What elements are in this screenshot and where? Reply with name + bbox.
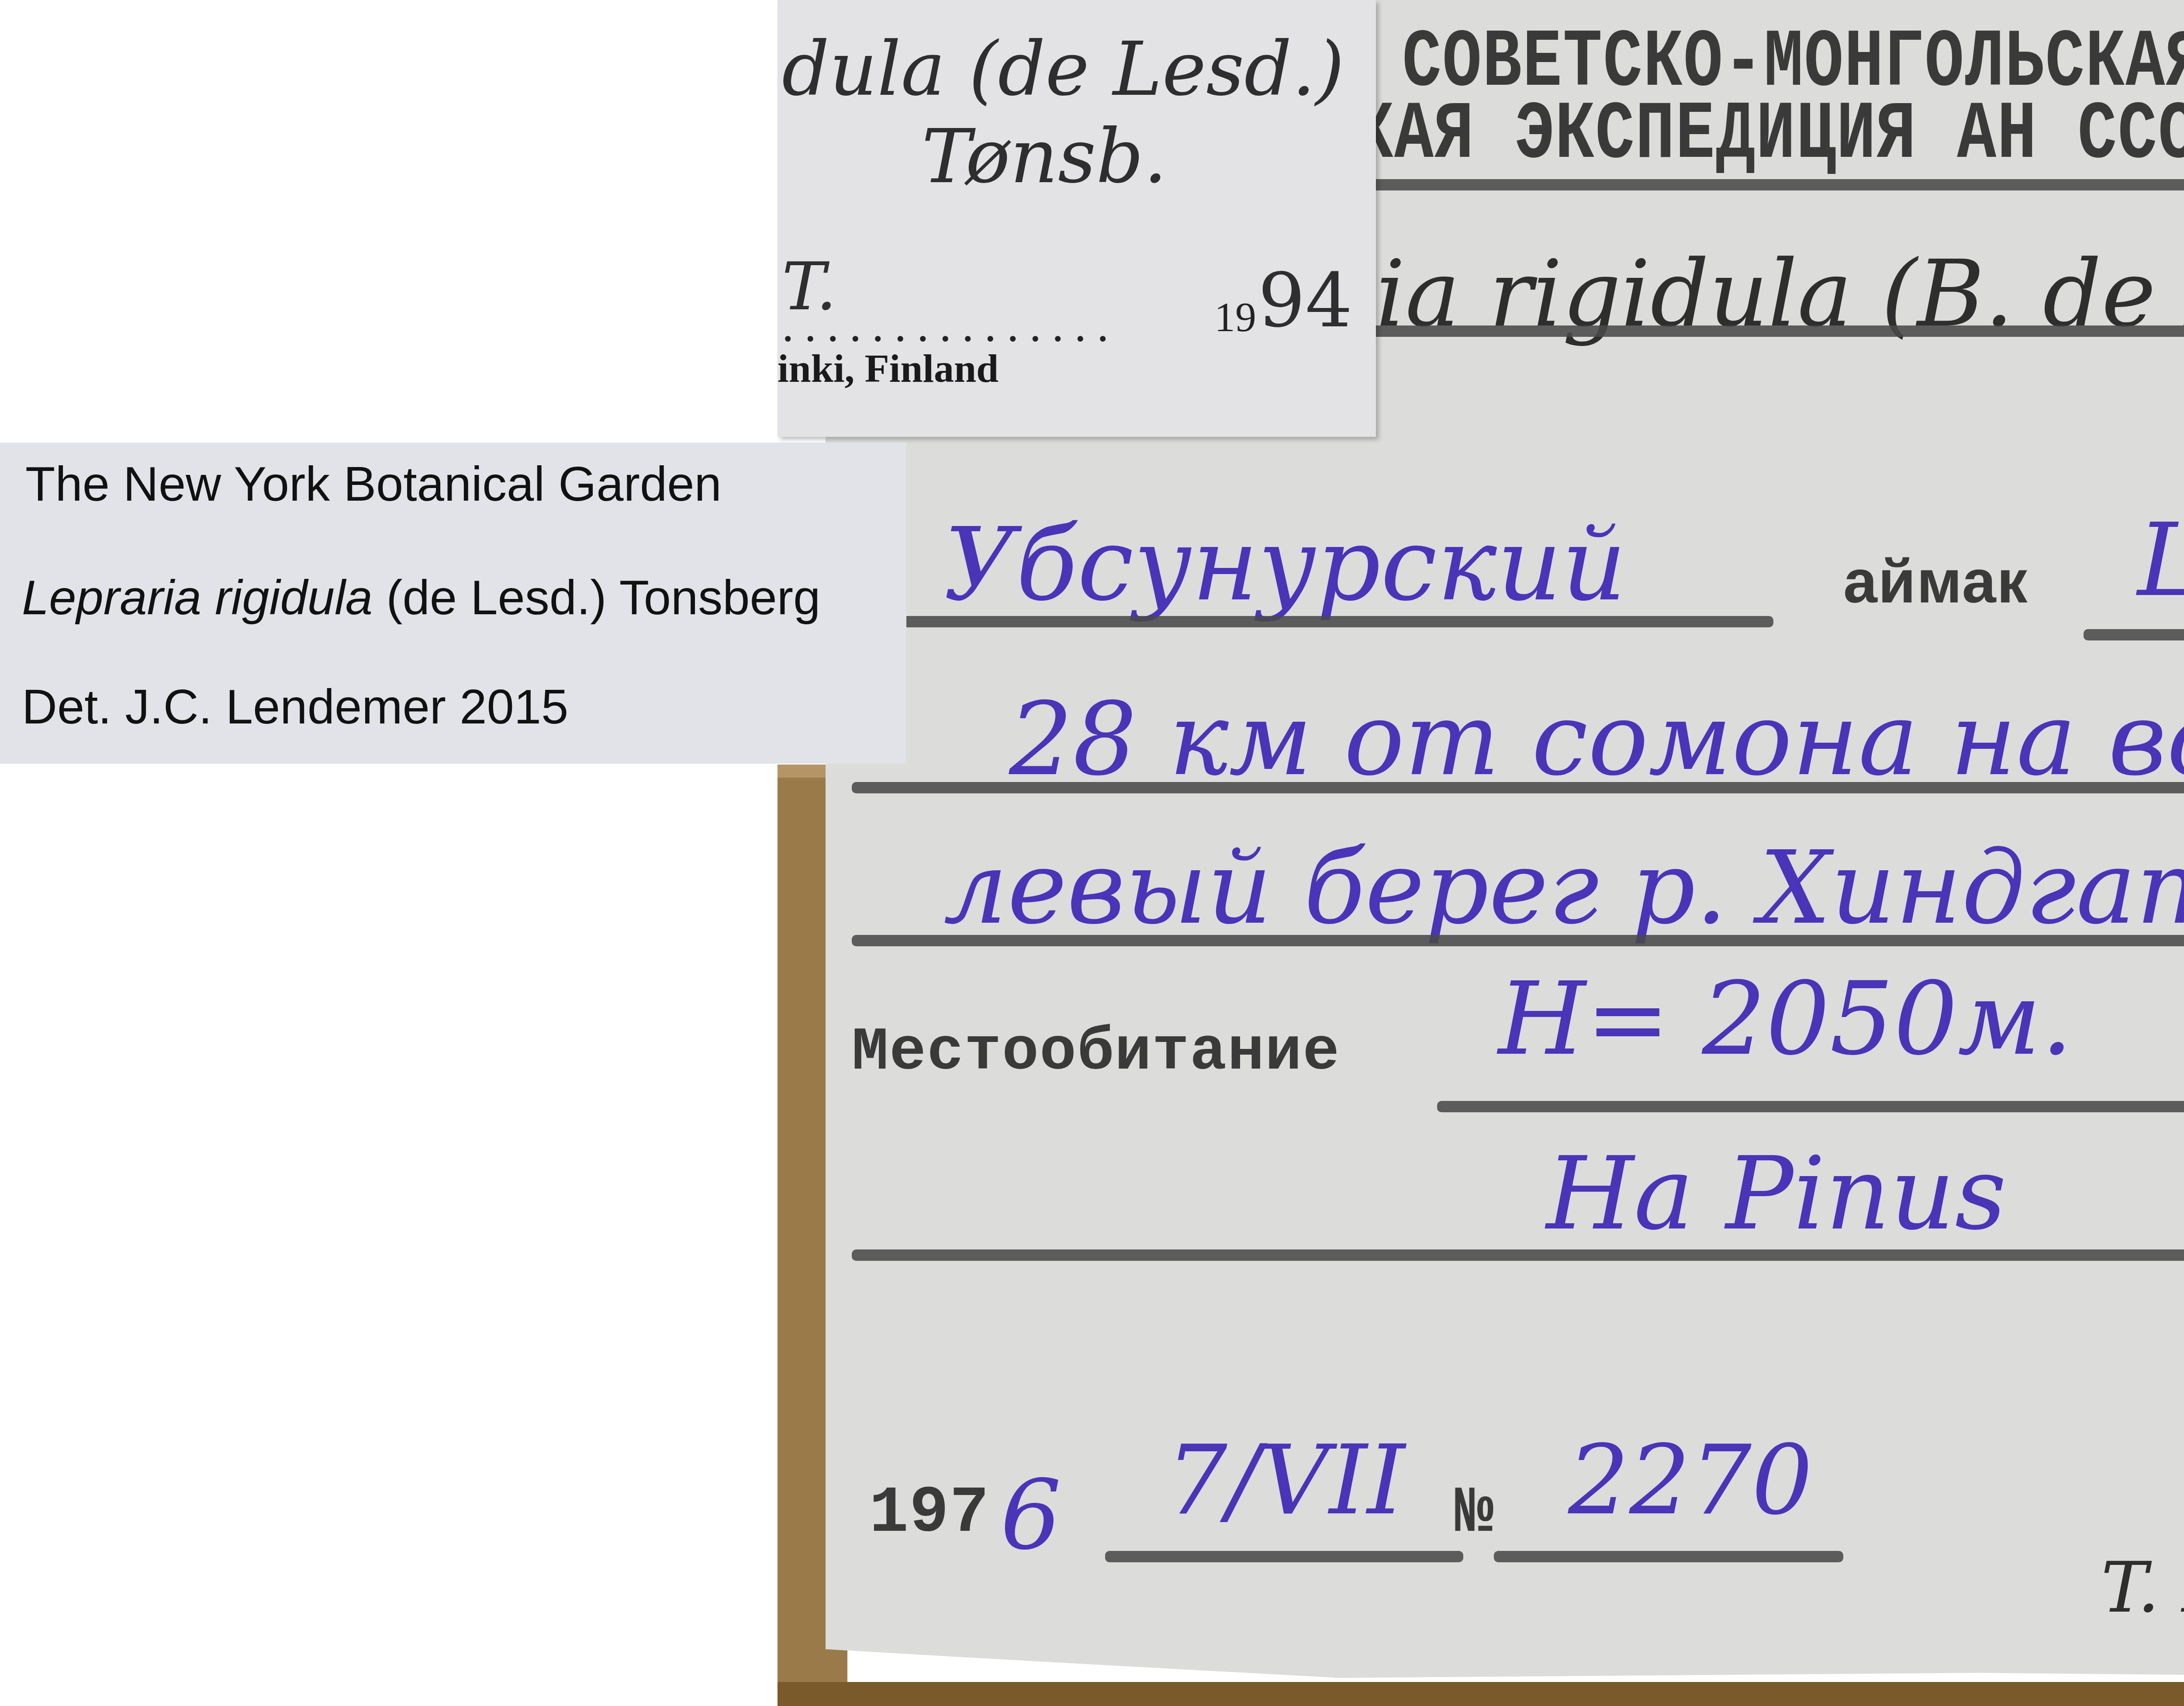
helsinki-footer: inki, Finland: [778, 345, 999, 391]
nybg-taxon-name: Lepraria rigidula: [22, 570, 373, 625]
number-value: 2270: [1568, 1424, 1813, 1536]
year-handwritten: 6: [1000, 1459, 1061, 1571]
somon-rule: [2084, 629, 2184, 640]
aimak-label: аймак: [1843, 546, 2028, 617]
nybg-institution: The New York Botanical Garden: [25, 456, 722, 512]
nybg-taxon-authority: (de Lesd.) Tonsberg: [386, 570, 820, 625]
helsinki-determination-label: dula (de Lesd.) Tønsb. T. ..............…: [778, 0, 1376, 437]
aimak-rule: [874, 616, 1773, 627]
det-handwritten-line2: Tønsb.: [922, 114, 1167, 200]
habitat-value: H= 2050м.: [1498, 961, 2073, 1078]
number-rule: [1494, 1551, 1843, 1562]
year-suffix: 94: [1258, 258, 1352, 344]
substrate-rule: [852, 1249, 2184, 1261]
locality-rule2: [852, 935, 2184, 946]
cardboard-backing-bottom: [778, 1682, 2184, 1706]
habitat-rule: [1437, 1101, 2184, 1112]
year-prefix: 19: [1214, 293, 1256, 341]
somon-value: Цаган-Хайрхан: [2136, 502, 2184, 619]
aimak-value: Убсунурский: [943, 507, 1626, 623]
date-rule: [1105, 1551, 1463, 1562]
locality-rule1: [852, 782, 2184, 793]
det-handwritten-line1: dula (de Lesd.): [782, 26, 1344, 113]
date-value: 7/VII: [1166, 1424, 1405, 1536]
nybg-determination: Det. J.C. Lendemer 2015: [22, 678, 568, 735]
locality-line2: левый берег р. Хиндгаташн-Гол: [943, 830, 2184, 947]
nybg-taxon: Lepraria rigidula (de Lesd.) Tonsberg: [22, 569, 820, 626]
label-header-line2: КАЯ ЭКСПЕДИЦИЯ АН ССС: [1354, 89, 2184, 182]
locality-line1: 28 км от сомона на восток,: [1009, 682, 2184, 798]
page-background: [0, 0, 778, 1706]
year-printed: 197: [869, 1477, 990, 1551]
habitat-label: Местообитание: [852, 1018, 1340, 1087]
number-label: №: [1455, 1477, 1495, 1551]
dotted-leader: ...............: [782, 297, 1120, 353]
substrate-value: На Pinus: [1546, 1136, 2006, 1253]
nybg-annotation-label: The New York Botanical Garden Lepraria r…: [0, 443, 906, 764]
determiner-signature: T. Ptk: [2101, 1547, 2184, 1628]
header-rule: [1337, 179, 2184, 190]
